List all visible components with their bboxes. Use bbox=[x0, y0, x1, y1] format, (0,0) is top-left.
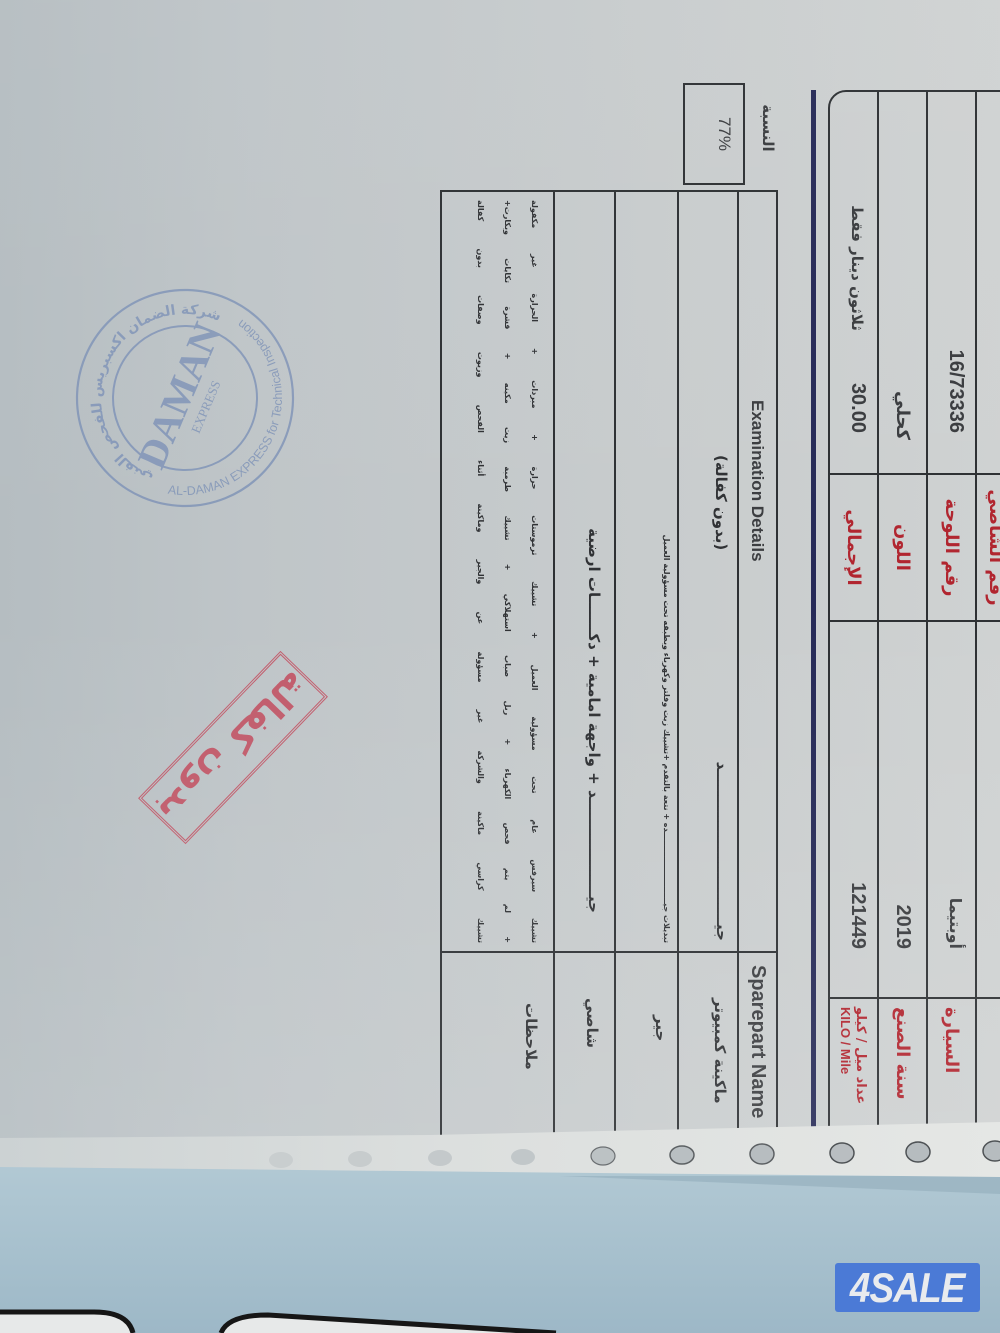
ratio-box: 77% bbox=[683, 83, 745, 185]
table-row-notes-details: تشييك سيرفس عام تحت مسؤولية العميل + تشي… bbox=[442, 192, 553, 953]
no-warranty-stamp-text: بدون كفالة bbox=[150, 663, 315, 832]
company-stamp: شركة الضمان اكسبريس للفحص الفني AL-DAMAN… bbox=[34, 247, 336, 549]
row-a-right-value bbox=[975, 622, 1000, 999]
no-warranty-stamp: بدون كفالة bbox=[138, 651, 328, 844]
perforation-hole bbox=[428, 1150, 452, 1166]
inspection-report-page: رقم الشاصي 16/73336 رقم اللوحة أوبتيما ا… bbox=[0, 0, 1000, 1140]
note-line: تشييك كراسي ماكينة والشركة غير مسؤولة عن… bbox=[467, 200, 494, 943]
plate-number-label: رقم اللوحة bbox=[941, 499, 962, 597]
year-label: سنة الصنع bbox=[892, 1007, 913, 1100]
color-value-cell: كحلي bbox=[877, 92, 926, 475]
total-amount: 30.00 bbox=[846, 383, 869, 433]
note-line: تشييك سيرفس عام تحت مسؤولية العميل + تشي… bbox=[521, 200, 548, 943]
perforation-hole bbox=[591, 1147, 615, 1165]
color-value: كحلي bbox=[892, 391, 913, 440]
year-value-cell: 2019 bbox=[877, 622, 926, 999]
table-row-chassis-details: جيـــــــــــــــــــد + واجهة امامية + … bbox=[553, 192, 614, 953]
perforation-hole bbox=[983, 1141, 1000, 1161]
divider-rule bbox=[811, 90, 816, 1150]
plate-number-label-cell: رقم اللوحة bbox=[926, 475, 975, 622]
watermark-logo: 4SALE bbox=[835, 1263, 980, 1312]
chassis-number-label-cell: رقم الشاصي bbox=[975, 475, 1000, 622]
part-name-notes: ملاحظات bbox=[522, 1003, 540, 1070]
gear-condition: تبديلات جيــــــــــــــــــــــــــده +… bbox=[662, 200, 671, 943]
chassis-number-value bbox=[975, 92, 1000, 475]
note-line: + لم يتم فحص الكهرباء + ربل صباب استهلاك… bbox=[494, 200, 521, 943]
perforation-hole bbox=[348, 1151, 372, 1167]
photo-scene: رقم الشاصي 16/73336 رقم اللوحة أوبتيما ا… bbox=[0, 0, 1000, 1333]
engine-condition: جيــــــــــــــــــــــــــــــد bbox=[713, 762, 731, 941]
color-label: اللون bbox=[892, 524, 913, 571]
part-name-gear: جير bbox=[652, 1015, 670, 1041]
perforation-hole bbox=[750, 1144, 774, 1164]
chassis-condition: جيـــــــــــــــــــد + واجهة امامية + … bbox=[585, 528, 603, 913]
table-row-engine-details: (بدون كفالة) جيـــــــــــــــــــــــــ… bbox=[677, 192, 737, 953]
perforation-hole bbox=[830, 1143, 854, 1163]
total-label-cell: الإجمالي bbox=[830, 475, 877, 622]
plate-number-value: 16/73336 bbox=[944, 350, 967, 433]
vehicle-info-table: رقم الشاصي 16/73336 رقم اللوحة أوبتيما ا… bbox=[828, 90, 1000, 1170]
total-amount-words: ثلاثون دينار فقط bbox=[849, 205, 867, 331]
warranty-remark: (بدون كفالة) bbox=[712, 455, 730, 550]
ratio-value: 77% bbox=[714, 117, 734, 151]
examination-details-header: Examination Details bbox=[737, 192, 776, 953]
car-model-label: السيارة bbox=[941, 1007, 962, 1073]
plate-number-value-cell: 16/73336 bbox=[926, 92, 975, 475]
watermark-text: 4SALE bbox=[850, 1264, 965, 1312]
year-value: 2019 bbox=[891, 905, 914, 950]
total-value-cell: ثلاثون دينار فقط 30.00 bbox=[830, 92, 877, 475]
odometer-value-cell: 121449 bbox=[830, 622, 877, 999]
part-name-chassis: شاصي bbox=[583, 998, 601, 1048]
company-stamp-graphic: شركة الضمان اكسبريس للفحص الفني AL-DAMAN… bbox=[34, 247, 336, 549]
total-label: الإجمالي bbox=[843, 509, 864, 585]
perforation-hole bbox=[511, 1149, 535, 1165]
table-row-gear-details: تبديلات جيــــــــــــــــــــــــــده +… bbox=[614, 192, 677, 953]
color-label-cell: اللون bbox=[877, 475, 926, 622]
perforation-hole bbox=[269, 1152, 293, 1168]
chassis-number-label: رقم الشاصي bbox=[985, 489, 1000, 605]
car-model-value-cell: أوبتيما bbox=[926, 622, 975, 999]
perforation-hole bbox=[906, 1142, 930, 1162]
ratio-label: النسبة bbox=[759, 98, 777, 158]
examination-details-title: Examination Details bbox=[748, 400, 768, 562]
examination-table: Examination Details Sparepart Name (بدون… bbox=[440, 190, 778, 1160]
odometer-label-en: KILO / Mile bbox=[839, 1007, 854, 1074]
odometer-value: 121449 bbox=[846, 882, 869, 949]
car-model-value: أوبتيما bbox=[946, 898, 965, 949]
perforation-hole bbox=[670, 1146, 694, 1164]
part-name-engine: ماكينة كمبيوتر bbox=[711, 998, 729, 1104]
